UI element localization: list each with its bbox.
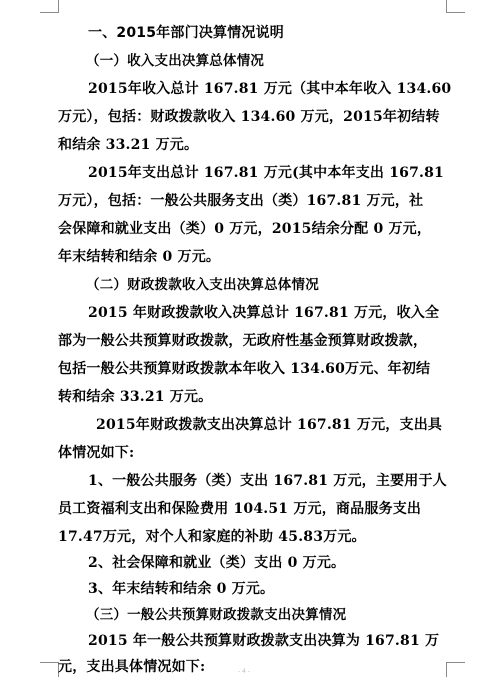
section2-para1-line3: 包括一般公共预算财政拨款本年收入 134.60万元、年初结 [58, 360, 430, 378]
section3-para1-line2: 元，支出具体情况如下: [58, 658, 205, 676]
section2-para1-line4: 转和结余 33.21 万元。 [58, 388, 212, 406]
section2-item2: 2、社会保障和就业（类）支出 0 万元。 [88, 554, 345, 572]
section2-item1-line1: 1、一般公共服务（类）支出 167.81 万元，主要用于人 [88, 472, 447, 490]
section1-para1-line3: 和结余 33.21 万元。 [58, 136, 198, 154]
section3-heading: （三）一般公共预算财政拨款支出决算情况 [86, 606, 346, 624]
section1-para1-line2: 万元），包括：财政拨款收入 134.60 万元，2015年初结转 [58, 108, 440, 126]
section3-para1-line1: 2015 年一般公共预算财政拨款支出决算为 167.81 万 [88, 632, 439, 650]
section2-heading: （二）财政拨款收入支出决算总体情况 [86, 276, 319, 294]
section2-item1-line2: 员工资福利支出和保险费用 104.51 万元，商品服务支出 [58, 500, 421, 518]
section2-item1-line3: 17.47万元，对个人和家庭的补助 45.83万元。 [58, 528, 366, 546]
section1-para2-line1: 2015年支出总计 167.81 万元(其中本年支出 167.81 [88, 164, 444, 182]
section2-item3: 3、年末结转和结余 0 万元。 [88, 580, 274, 598]
section2-para1-line2: 部为一般公共预算财政拨款，无政府性基金预算财政拨款， [58, 332, 427, 350]
margin-mark-top-left [40, 0, 59, 13]
margin-mark-bottom-left [40, 662, 59, 677]
section1-para2-line2: 万元），包括：一般公共服务支出（类）167.81 万元，社 [58, 192, 423, 210]
section1-heading: （一）收入支出决算总体情况 [86, 52, 264, 70]
margin-mark-bottom-right [446, 662, 465, 677]
document-page: 一、2015年部门决算情况说明 （一）收入支出决算总体情况 2015年收入总计 … [0, 0, 492, 677]
section2-para1-line1: 2015 年财政拨款收入决算总计 167.81 万元，收入全 [88, 304, 439, 322]
margin-mark-top-right [446, 0, 465, 13]
section1-para2-line4: 年末结转和结余 0 万元。 [58, 248, 220, 266]
section2-para2-line1: 2015年财政拨款支出决算总计 167.81 万元，支出具 [96, 416, 442, 434]
section1-para2-line3: 会保障和就业支出（类）0 万元，2015结余分配 0 万元， [58, 220, 431, 238]
section2-para2-line2: 体情况如下: [58, 444, 134, 462]
section1-para1-line1: 2015年收入总计 167.81 万元（其中本年收入 134.60 [88, 80, 451, 98]
page-number: - 4 - [238, 668, 250, 675]
main-heading: 一、2015年部门决算情况说明 [88, 24, 284, 42]
